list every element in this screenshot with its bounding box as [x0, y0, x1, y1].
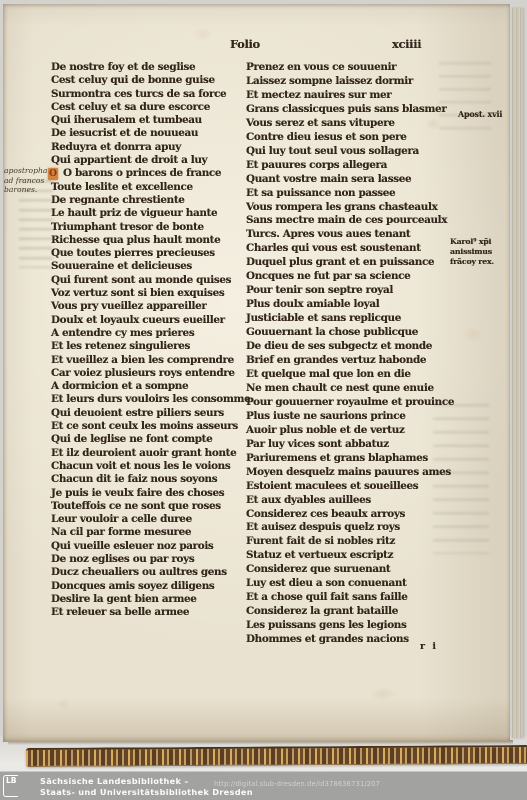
verse-line: Et a chose quil fait sans faille — [246, 591, 444, 605]
verse-line: Par luy vices sont abbatuz — [246, 438, 444, 452]
verse-line: Prenez en vous ce souuenir — [246, 61, 444, 75]
verse-line: Moyen desquelz mains pauures ames — [246, 466, 444, 480]
verse-line: Triumphant tresor de bonte — [51, 221, 249, 234]
verse-line: Laissez sompne laissez dormir — [246, 75, 444, 89]
verse-line: Vous pry vueillez appareiller — [51, 300, 249, 313]
gilt-book-edge — [26, 745, 527, 767]
verse-line: Et leurs durs vouloirs les consomme — [51, 393, 249, 406]
verse-line: Et ce sont ceulx les moins asseurs — [51, 420, 249, 433]
verse-line: Et auisez despuis quelz roys — [246, 521, 444, 535]
verse-line: De iesucrist et de nouueau — [51, 127, 249, 140]
verse-line: Et vueillez a bien les comprendre — [51, 354, 249, 367]
verse-line: Considerez la grant bataille — [246, 605, 444, 619]
verse-line: Pour gouuerner royaulme et prouince — [246, 396, 444, 410]
marginal-note-handwritten: apostrophaad francosbarones. — [4, 166, 58, 195]
verse-line: Doncques amis soyez diligens — [51, 580, 249, 593]
verse-line: Qui vueille esleuer noz parois — [51, 540, 249, 553]
verse-line: A entendre cy mes prieres — [51, 327, 249, 340]
text-column-right: Prenez en vous ce souuenirLaissez sompne… — [246, 61, 444, 647]
verse-line: A dormicion et a sompne — [51, 380, 249, 393]
verse-line: Les puissans gens les legions — [246, 619, 444, 633]
folio-label: Folio — [230, 37, 260, 51]
verse-line: De regnante chrestiente — [51, 194, 249, 207]
verse-line: Ducz cheualiers ou aultres gens — [51, 566, 249, 579]
verse-line: Et ilz deuroient auoir grant honte — [51, 447, 249, 460]
verse-line: Ne men chault ce nest qune enuie — [246, 382, 444, 396]
verse-line: Statuz et vertueux escriptz — [246, 549, 444, 563]
verse-line: Le hault priz de vigueur hante — [51, 207, 249, 220]
verse-line: Qui luy tout seul vous sollagera — [246, 145, 444, 159]
verse-line: Cest celuy qui de bonne guise — [51, 74, 249, 87]
verse-line: Et aux dyables auillees — [246, 494, 444, 508]
verse-line: Grans classicques puis sans blasmer — [246, 103, 444, 117]
verse-line: Contre dieu iesus et son pere — [246, 131, 444, 145]
marginal-note-line: anissimus — [450, 247, 512, 257]
verse-line: Considerez ces beaulx arroys — [246, 508, 444, 522]
verse-line: Considerez que suruenant — [246, 563, 444, 577]
verse-line: Toute leslite et excellence — [51, 181, 249, 194]
verse-line: Chacun dit ie faiz nous soyons — [51, 473, 249, 486]
verse-line: Surmontra ces turcs de sa force — [51, 88, 249, 101]
digital-collection-url: http://digital.slub-dresden.de/id3786367… — [214, 780, 380, 788]
verse-line: Plus iuste ne saurions prince — [246, 410, 444, 424]
verse-line: Sans mectre main de ces pourceaulx — [246, 214, 444, 228]
verse-line: Duquel plus grant et en puissance — [246, 256, 444, 270]
verse-line: Luy est dieu a son conuenant — [246, 577, 444, 591]
verse-line: Et sa puissance non passee — [246, 187, 444, 201]
marginal-note-line: Karol⁹ xp̃i — [450, 237, 512, 247]
verse-line: Furent fait de si nobles ritz — [246, 535, 444, 549]
verse-line: Doulx et loyaulx cueurs eueiller — [51, 314, 249, 327]
library-name-line2: Staats- und Universitätsbibliothek Dresd… — [40, 787, 253, 798]
verse-line: Turcs. Apres vous aues tenant — [246, 228, 444, 242]
verse-line: Vous rompera les grans chasteaulx — [246, 201, 444, 215]
marginal-note-line: barones. — [4, 185, 58, 195]
verse-line: Reduyra et donrra apuy — [51, 141, 249, 154]
marginal-note-line: apostropha — [4, 166, 58, 176]
verse-line: Brief en grandes vertuz habonde — [246, 354, 444, 368]
verse-line: De noz eglises ou par roys — [51, 553, 249, 566]
bleedthrough-right-top — [439, 62, 491, 134]
verse-line: Dhommes et grandes nacions — [246, 633, 444, 647]
manuscript-page: Folio xciiii De nostre foy et de seglise… — [3, 4, 510, 742]
marginal-note-karolus: Karol⁹ xp̃ianissimusfrãcoy rex. — [450, 237, 512, 266]
verse-line: De nostre foy et de seglise — [51, 61, 249, 74]
verse-line: Quant vostre main sera lassee — [246, 173, 444, 187]
verse-line: Touteffois ce ne sont que roses — [51, 500, 249, 513]
verse-line: Qui deuoient estre piliers seurs — [51, 407, 249, 420]
page-stack-fore-edge — [511, 8, 523, 738]
verse-line: Chacun voit et nous les le voions — [51, 460, 249, 473]
verse-line: Et les retenez singulieres — [51, 340, 249, 353]
verse-line: Souueraine et delicieuses — [51, 260, 249, 273]
verse-line: Deslire la gent bien armee — [51, 593, 249, 606]
verse-line: Qui appartient de droit a luy — [51, 154, 249, 167]
verse-line: Et releuer sa belle armee — [51, 606, 249, 619]
verse-line: Estoient maculees et soueillees — [246, 480, 444, 494]
verse-line: O barons o princes de france — [51, 167, 249, 180]
verse-line: Qui de leglise ne font compte — [51, 433, 249, 446]
verse-line: Gouuernant la chose publicque — [246, 326, 444, 340]
text-column-left: De nostre foy et de segliseCest celuy qu… — [51, 61, 249, 619]
verse-line: Na cil par forme mesuree — [51, 526, 249, 539]
verse-line: Oncques ne fut par sa science — [246, 270, 444, 284]
library-footer-bar: LB Sächsische Landesbibliothek – Staats-… — [0, 772, 527, 800]
verse-line: Que toutes pierres precieuses — [51, 247, 249, 260]
verse-line: Justiciable et sans replicque — [246, 312, 444, 326]
verse-line: Pariuremens et grans blaphames — [246, 452, 444, 466]
verse-line: Plus doulx amiable loyal — [246, 298, 444, 312]
verse-line: Car voiez plusieurs roys entendre — [51, 367, 249, 380]
marginal-note-line: frãcoy rex. — [450, 257, 512, 267]
marginal-note-apostolic: Apost. xvii — [458, 109, 502, 119]
verse-line: Richesse qua plus hault monte — [51, 234, 249, 247]
verse-line: Et quelque mal que lon en die — [246, 368, 444, 382]
marginal-note-line: ad francos — [4, 176, 58, 186]
verse-line: Charles qui vous est soustenant — [246, 242, 444, 256]
folio-number: xciiii — [392, 37, 421, 51]
slub-logo: LB — [3, 775, 18, 797]
verse-line: De dieu de ses subgectz et monde — [246, 340, 444, 354]
quire-signature: r i — [420, 641, 438, 652]
verse-line: Et pauures corps allegera — [246, 159, 444, 173]
verse-line: Vous serez et sans vitupere — [246, 117, 444, 131]
verse-line: Pour tenir son septre royal — [246, 284, 444, 298]
verse-line: Qui furent sont au monde quises — [51, 274, 249, 287]
verse-line: Je puis ie veulx faire des choses — [51, 487, 249, 500]
verse-line: Leur vouloir a celle duree — [51, 513, 249, 526]
verse-line: Et mectez nauires sur mer — [246, 89, 444, 103]
verse-line: Auoir plus noble et de vertuz — [246, 424, 444, 438]
verse-line: Voz vertuz sont si bien exquises — [51, 287, 249, 300]
verse-line: Cest celuy et sa dure escorce — [51, 101, 249, 114]
verse-line: Qui iherusalem et tumbeau — [51, 114, 249, 127]
